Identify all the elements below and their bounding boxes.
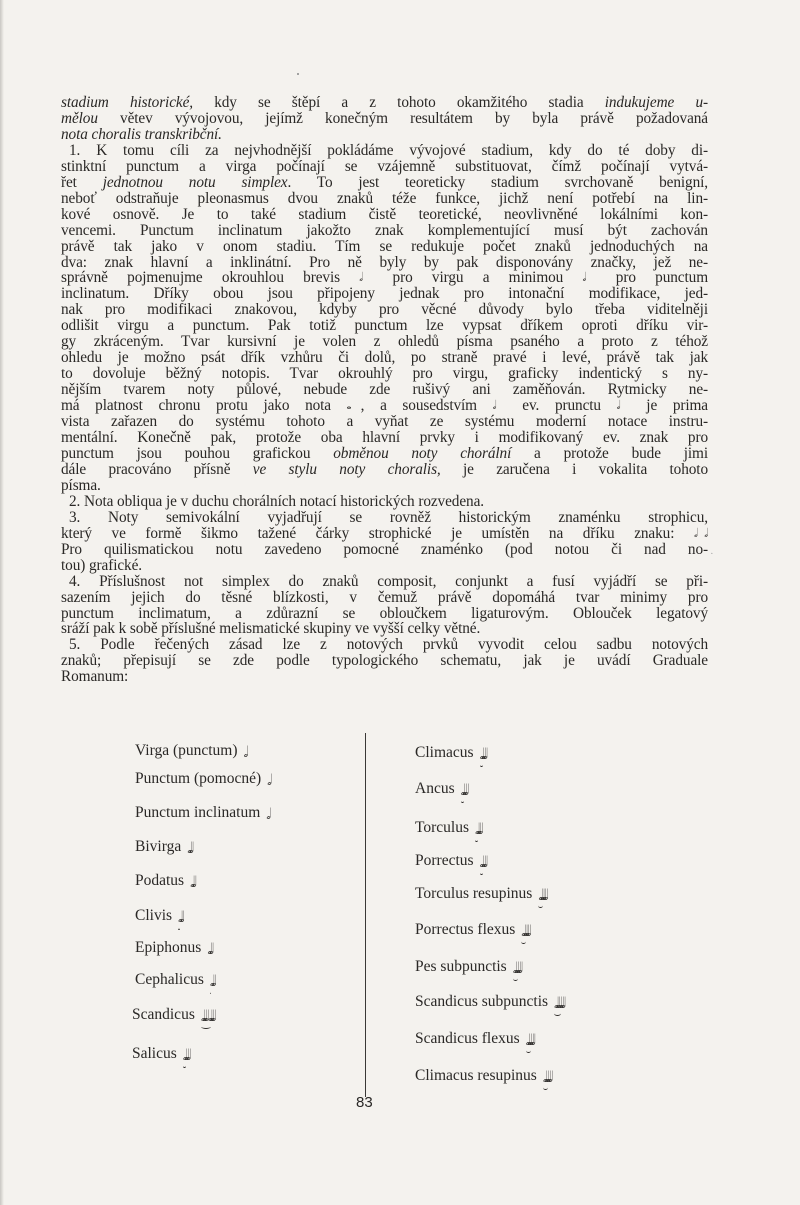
neume-label: Punctum (pomocné) bbox=[135, 770, 261, 787]
neume-notation-icon: 𝅗𝅥𝅗𝅥 bbox=[210, 972, 214, 990]
italic-term: stadium historické, bbox=[61, 94, 193, 111]
text-run: dva: znak hlavní a inklinátní. Pro ně by… bbox=[61, 254, 708, 271]
neume-label: Scandicus bbox=[132, 1006, 195, 1023]
text-run: řet bbox=[61, 174, 103, 191]
neume-label: Pes subpunctis bbox=[415, 958, 507, 975]
text-run: Pro quilismatickou notu zavedeno pomocné… bbox=[61, 541, 708, 558]
neume-entry: Epiphonus𝅗𝅥𝅗𝅥 bbox=[135, 938, 211, 957]
italic-term: ve stylu noty choralis, bbox=[253, 461, 441, 478]
text-run: písma. bbox=[61, 477, 101, 494]
text-run: je prima bbox=[631, 397, 708, 414]
text-line: mentální. Konečně pak, protože oba hlavn… bbox=[61, 430, 708, 446]
neume-notation-icon: 𝅗𝅥𝅗𝅥𝅗𝅥 bbox=[480, 853, 485, 871]
text-line: který ve formě šikmo tažené čárky stroph… bbox=[61, 526, 708, 542]
neume-notation-icon: 𝅗𝅥𝅗𝅥𝅗𝅥𝅗𝅥 bbox=[521, 922, 528, 940]
text-run: dále pracováno přísně bbox=[61, 461, 253, 478]
neume-entry: Scandicus𝅗𝅥𝅗𝅥𝅗𝅥 𝅗𝅥𝅗𝅥𝅗𝅥 bbox=[132, 1005, 213, 1024]
text-run: punctum jsou pouhou grafickou bbox=[61, 445, 333, 462]
text-run: nějším tvarem noty půlové, nebude zde ru… bbox=[61, 381, 708, 398]
neume-label: Punctum inclinatum bbox=[135, 804, 260, 821]
neume-notation-icon: 𝅗𝅥𝅗𝅥 bbox=[207, 940, 211, 958]
neume-label: Scandicus subpunctis bbox=[415, 993, 548, 1010]
text-run: gy zkráceným. Tvar kursivní je volen z o… bbox=[61, 333, 708, 350]
neume-label: Porrectus flexus bbox=[415, 921, 515, 938]
neume-entry: Bivirga𝅗𝅥𝅗𝅥 bbox=[135, 837, 191, 856]
text-line: mělou větev vývojovou, jejímž konečným r… bbox=[61, 111, 708, 127]
neume-notation-icon: 𝅗𝅥𝅗𝅥𝅗𝅥𝅗𝅥 bbox=[538, 886, 545, 904]
text-run: správně pojmenujme okrouhlou brevis bbox=[61, 269, 359, 286]
text-line: 3. Noty semivokální vyjadřují se rovněž … bbox=[61, 510, 708, 526]
text-line: Romanum: bbox=[61, 669, 708, 685]
italic-term: mělou bbox=[61, 110, 98, 127]
neume-notation-icon: 𝅗𝅥𝅗𝅥𝅗𝅥 bbox=[480, 745, 485, 763]
text-line: neboť odstraňuje pleonasmus dvou znaků t… bbox=[61, 191, 708, 207]
neume-notation-icon: 𝅗𝅥𝅗𝅥𝅗𝅥 𝅗𝅥𝅗𝅥𝅗𝅥 bbox=[201, 1007, 213, 1025]
text-line: gy zkráceným. Tvar kursivní je volen z o… bbox=[61, 334, 708, 350]
text-run: pro virgu a minimou bbox=[373, 269, 582, 286]
neume-entry: Podatus𝅗𝅥𝅗𝅥 bbox=[135, 871, 194, 890]
text-run: a protože bude jimi bbox=[511, 445, 708, 462]
neume-notation-icon: 𝅗𝅥𝅗𝅥𝅗𝅥𝅗𝅥 bbox=[513, 959, 520, 977]
text-line: punctum jsou pouhou grafickou obměnou no… bbox=[61, 446, 708, 462]
neume-notation-icon: 𝅗𝅥𝅗𝅥𝅗𝅥 bbox=[475, 820, 480, 838]
text-line: dva: znak hlavní a inklinátní. Pro ně by… bbox=[61, 255, 708, 271]
text-line: 4. Příslušnost not simplex do znaků comp… bbox=[61, 574, 708, 590]
text-run: znaků; přepisují se zde podle typologick… bbox=[61, 652, 708, 669]
neume-label: Cephalicus bbox=[135, 971, 204, 988]
text-run: sazením jejich do těsné blízkosti, v čem… bbox=[61, 589, 708, 606]
italic-term: indukujeme u- bbox=[605, 94, 708, 111]
text-line: stadium historické, kdy se štěpí a z toh… bbox=[61, 95, 708, 111]
text-line: kové osnově. Je to také stadium čistě te… bbox=[61, 207, 708, 223]
text-line: sazením jejich do těsné blízkosti, v čem… bbox=[61, 590, 708, 606]
text-line: vista zařazen do systému tohoto a vyňat … bbox=[61, 414, 708, 430]
text-run: , a sousedstvím bbox=[361, 397, 493, 414]
text-line: znaků; přepisují se zde podle typologick… bbox=[61, 653, 708, 669]
text-run: kdy se štěpí a z tohoto okamžitého stadi… bbox=[193, 94, 605, 111]
neume-entry: Torculus resupinus𝅗𝅥𝅗𝅥𝅗𝅥𝅗𝅥 bbox=[415, 884, 545, 903]
page-number: 83 bbox=[356, 1094, 373, 1111]
neume-notation-icon: 𝅗𝅥𝅗𝅥𝅗𝅥 bbox=[461, 781, 466, 799]
text-line: 2. Nota obliqua je v duchu chorálních no… bbox=[61, 494, 708, 510]
music-note-icon: 𝅗𝅥 bbox=[617, 398, 631, 414]
neume-notation-icon: 𝅗𝅥𝅗𝅥𝅗𝅥𝅗𝅥 bbox=[526, 1031, 533, 1049]
text-line: má platnost chronu protu jako nota 𝅝, a … bbox=[61, 398, 708, 414]
text-line: odlišit virgu a punctum. Pak totiž punct… bbox=[61, 318, 708, 334]
neume-notation-icon: 𝅗𝅥 bbox=[244, 743, 246, 761]
neume-entry: Torculus𝅗𝅥𝅗𝅥𝅗𝅥 bbox=[415, 818, 480, 837]
text-line: nota choralis transkribční. bbox=[61, 127, 708, 143]
neume-entry: Pes subpunctis𝅗𝅥𝅗𝅥𝅗𝅥𝅗𝅥 bbox=[415, 957, 520, 976]
music-note-icon: 𝅗𝅥 bbox=[583, 270, 597, 286]
neume-notation-icon: 𝅗𝅥𝅗𝅥 bbox=[190, 873, 194, 891]
text-run: stinktní punctum a virga počínají se vzá… bbox=[61, 158, 708, 175]
text-run: je zaručena i vokalita tohoto bbox=[441, 461, 708, 478]
text-line: řet jednotnou notu simplex. To jest teor… bbox=[61, 175, 708, 191]
neume-entry: Scandicus subpunctis𝅗𝅥𝅗𝅥𝅗𝅥𝅗𝅥𝅗𝅥 bbox=[415, 992, 563, 1011]
neume-entry: Porrectus flexus𝅗𝅥𝅗𝅥𝅗𝅥𝅗𝅥 bbox=[415, 920, 528, 939]
text-run: Romanum: bbox=[61, 668, 128, 685]
text-run: vencemi. Punctum inclinatum jakožto znak… bbox=[61, 222, 708, 239]
text-run: mentální. Konečně pak, protože oba hlavn… bbox=[61, 429, 708, 446]
neume-entry: Scandicus flexus𝅗𝅥𝅗𝅥𝅗𝅥𝅗𝅥 bbox=[415, 1029, 533, 1048]
text-run: tou) grafické. bbox=[61, 557, 142, 574]
page-edge-shadow bbox=[0, 0, 4, 1205]
neume-entry: Cephalicus𝅗𝅥𝅗𝅥 bbox=[135, 970, 213, 989]
text-run: kové osnově. Je to také stadium čistě te… bbox=[61, 206, 708, 223]
neume-entry: Punctum inclinatum𝅗𝅥 bbox=[135, 803, 268, 822]
music-note-icon: 𝅗𝅥 bbox=[359, 270, 373, 286]
text-run: 1. K tomu cíli za nejvhodnější pokládáme… bbox=[69, 142, 708, 159]
text-run: který ve formě šikmo tažené čárky stroph… bbox=[61, 525, 694, 542]
text-run: větev vývojovou, jejímž konečným resultá… bbox=[98, 110, 708, 127]
neume-label: Virga (punctum) bbox=[135, 742, 238, 759]
neume-entry: Clivis𝅗𝅥𝅗𝅥 bbox=[135, 906, 182, 925]
text-line: tou) grafické. bbox=[61, 558, 708, 574]
music-note-icon: 𝅝 bbox=[347, 398, 361, 414]
neume-entry: Climacus𝅗𝅥𝅗𝅥𝅗𝅥 bbox=[415, 743, 485, 762]
neume-entry: Ancus𝅗𝅥𝅗𝅥𝅗𝅥 bbox=[415, 779, 466, 798]
neume-notation-icon: 𝅗𝅥𝅗𝅥𝅗𝅥𝅗𝅥𝅗𝅥 bbox=[554, 994, 563, 1012]
text-run: právě tak jako v onom stadiu. Tím se red… bbox=[61, 238, 708, 255]
italic-term: nota choralis transkribční. bbox=[61, 126, 222, 143]
column-divider bbox=[365, 733, 366, 1097]
text-line: punctum inclimatum, a zdůrazní se oblouč… bbox=[61, 606, 708, 622]
neume-entry: Climacus resupinus𝅗𝅥𝅗𝅥𝅗𝅥𝅗𝅥 bbox=[415, 1066, 550, 1085]
neume-entry: Virga (punctum)𝅗𝅥 bbox=[135, 741, 245, 760]
text-line: nak pro modifikaci znakovou, kdyby pro v… bbox=[61, 302, 708, 318]
text-line: ohledu je možno psát dřík vzhůru či dolů… bbox=[61, 350, 708, 366]
text-line: právě tak jako v onom stadiu. Tím se red… bbox=[61, 239, 708, 255]
neume-label: Climacus resupinus bbox=[415, 1067, 537, 1084]
neume-entry: Punctum (pomocné)𝅗𝅥 bbox=[135, 769, 269, 788]
italic-term: jednotnou notu simplex bbox=[103, 174, 288, 191]
neume-notation-icon: 𝅗𝅥 bbox=[266, 805, 268, 823]
text-line: 5. Podle řečených zásad lze z notových p… bbox=[61, 637, 708, 653]
text-run: punctum inclimatum, a zdůrazní se oblouč… bbox=[61, 605, 708, 622]
neume-notation-icon: 𝅗𝅥𝅗𝅥𝅗𝅥 bbox=[183, 1046, 188, 1064]
text-run: ohledu je možno psát dřík vzhůru či dolů… bbox=[61, 349, 708, 366]
text-run: to dovoluje běžný notopis. Tvar okrouhlý… bbox=[61, 365, 708, 382]
text-run: 5. Podle řečených zásad lze z notových p… bbox=[69, 636, 708, 653]
text-line: nějším tvarem noty půlové, nebude zde ru… bbox=[61, 382, 708, 398]
neume-label: Torculus bbox=[415, 819, 469, 836]
text-run: vista zařazen do systému tohoto a vyňat … bbox=[61, 413, 708, 430]
text-run: ev. prunctu bbox=[507, 397, 617, 414]
neume-entry: Porrectus𝅗𝅥𝅗𝅥𝅗𝅥 bbox=[415, 851, 485, 870]
text-line: stinktní punctum a virga počínají se vzá… bbox=[61, 159, 708, 175]
text-run: 2. Nota obliqua je v duchu chorálních no… bbox=[69, 493, 484, 510]
neume-label: Bivirga bbox=[135, 838, 181, 855]
text-run: 4. Příslušnost not simplex do znaků comp… bbox=[69, 573, 708, 590]
text-run: neboť odstraňuje pleonasmus dvou znaků t… bbox=[61, 190, 708, 207]
text-line: písma. bbox=[61, 478, 708, 494]
body-text: stadium historické, kdy se štěpí a z toh… bbox=[61, 95, 708, 685]
neume-notation-icon: 𝅗𝅥𝅗𝅥𝅗𝅥𝅗𝅥 bbox=[543, 1068, 550, 1086]
neume-label: Salicus bbox=[132, 1045, 177, 1062]
neume-label: Clivis bbox=[135, 907, 172, 924]
text-line: správně pojmenujme okrouhlou brevis 𝅗𝅥 p… bbox=[61, 270, 708, 286]
neume-label: Podatus bbox=[135, 872, 184, 889]
text-run: inclinatum. Dříky obou jsou připojeny je… bbox=[61, 285, 708, 302]
neume-label: Porrectus bbox=[415, 852, 474, 869]
margin-mark: · bbox=[710, 548, 714, 560]
text-run: nak pro modifikaci znakovou, kdyby pro v… bbox=[61, 301, 708, 318]
neume-label: Ancus bbox=[415, 780, 455, 797]
paper-speck bbox=[297, 73, 299, 75]
text-line: 1. K tomu cíli za nejvhodnější pokládáme… bbox=[61, 143, 708, 159]
text-run: . To jest teoreticky stadium svrchovaně … bbox=[287, 174, 708, 191]
text-line: Pro quilismatickou notu zavedeno pomocné… bbox=[61, 542, 708, 558]
neume-label: Epiphonus bbox=[135, 939, 201, 956]
neume-label: Scandicus flexus bbox=[415, 1030, 520, 1047]
text-line: sráží pak k sobě příslušné melismatické … bbox=[61, 621, 708, 637]
music-note-icon: 𝅗𝅥 𝅗𝅥 bbox=[694, 526, 708, 542]
neume-notation-icon: 𝅗𝅥𝅗𝅥 bbox=[187, 839, 191, 857]
music-note-icon: 𝅗𝅥 bbox=[493, 398, 507, 414]
neume-entry: Salicus𝅗𝅥𝅗𝅥𝅗𝅥 bbox=[132, 1044, 188, 1063]
text-run: má platnost chronu protu jako nota bbox=[61, 397, 347, 414]
neume-notation-icon: 𝅗𝅥 bbox=[267, 771, 269, 789]
text-run: sráží pak k sobě příslušné melismatické … bbox=[61, 620, 480, 637]
text-run: 3. Noty semivokální vyjadřují se rovněž … bbox=[69, 509, 708, 526]
italic-term: obměnou noty chorální bbox=[333, 445, 511, 462]
neume-label: Climacus bbox=[415, 744, 474, 761]
text-line: to dovoluje běžný notopis. Tvar okrouhlý… bbox=[61, 366, 708, 382]
text-line: dále pracováno přísně ve stylu noty chor… bbox=[61, 462, 708, 478]
text-run: odlišit virgu a punctum. Pak totiž punct… bbox=[61, 317, 708, 334]
neume-label: Torculus resupinus bbox=[415, 885, 532, 902]
neume-notation-icon: 𝅗𝅥𝅗𝅥 bbox=[178, 908, 182, 926]
text-run: pro punctum bbox=[597, 269, 709, 286]
text-line: inclinatum. Dříky obou jsou připojeny je… bbox=[61, 286, 708, 302]
text-line: vencemi. Punctum inclinatum jakožto znak… bbox=[61, 223, 708, 239]
